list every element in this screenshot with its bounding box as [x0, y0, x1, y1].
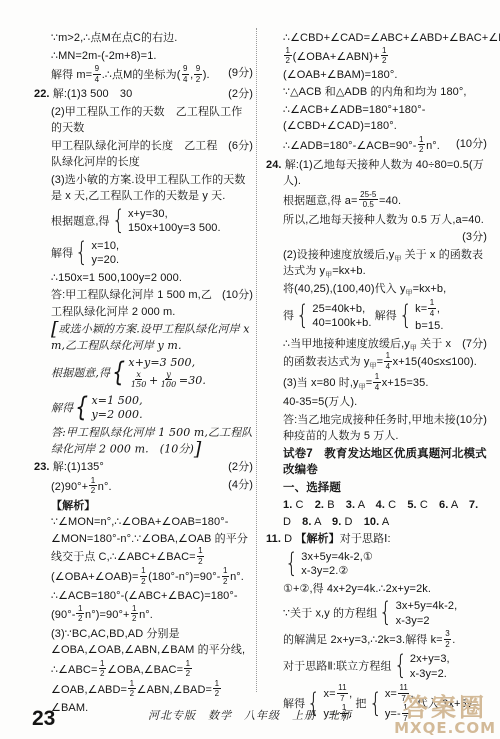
fraction-numerator: 1	[284, 46, 292, 57]
fraction-denominator: 4	[384, 362, 392, 372]
text-span: n°)=90°+	[85, 608, 129, 620]
fraction-denominator: 2	[99, 669, 107, 679]
fraction-numerator: 1	[76, 604, 84, 615]
equation-system: {x+y=3 500,x150+y100=30.	[110, 356, 206, 391]
watermark: 答案圈 MXQE.COM	[394, 695, 496, 737]
fraction-numerator: 11	[398, 683, 410, 694]
fraction-numerator: 9	[182, 64, 190, 75]
text-span: =30.	[179, 374, 206, 389]
text-line: 根据题意,得 a=25-50.5=40.	[283, 191, 487, 211]
text-span: (∠OAB+∠BAM)=180°.	[283, 69, 397, 81]
text-line: [或选小颖的方案.设甲工程队绿化河岸 x m,乙工程队绿化河岸 y m.	[51, 321, 253, 354]
text-span: ∵m>2,∴点M在点C的右边.	[51, 32, 177, 44]
fraction-denominator: 4	[182, 75, 190, 85]
text-span: D	[284, 533, 295, 545]
system-row: 3x+5y=4k-2,	[396, 599, 458, 614]
system-row: 150x+100y=3 500.	[128, 221, 221, 236]
fraction-numerator: 25-5	[359, 190, 378, 201]
sub-script: 甲	[369, 363, 376, 370]
section-heading: 试卷7 教育发达地区优质真题河北模式改编卷	[283, 446, 487, 479]
fraction-denominator: 7	[339, 694, 347, 704]
text-span: 根据题意,得	[51, 215, 110, 227]
text-span: ,	[437, 302, 440, 317]
system-rows: x=1 500,y=2 000.	[91, 394, 142, 423]
fraction-denominator: 2	[140, 577, 148, 587]
text-span: ∴∠ADB=180°-∠ACB=90°-	[283, 139, 417, 151]
subscripted-var: y甲	[389, 249, 402, 261]
fraction-numerator: 1	[213, 679, 221, 690]
fraction-numerator: 1	[197, 546, 205, 557]
text-line: 解得{x=1 500,y=2 000.	[51, 393, 253, 424]
section-heading: 一、选择题	[283, 480, 487, 497]
fraction: 117	[337, 683, 349, 703]
bold-text: 8.	[302, 516, 311, 528]
text-span: C	[292, 499, 314, 511]
system-row: x=1 500,	[91, 394, 142, 409]
text-line: (3)当 x=80 时,y甲=14x+15=35.	[283, 373, 487, 393]
problem-number: 24.	[266, 159, 285, 171]
system-row: b=15.	[415, 319, 443, 334]
text-line: (6分)甲工程队绿化河岸的长度 乙工程队绿化河岸的长度	[51, 138, 253, 171]
text-span: A	[355, 499, 375, 511]
sub-script: 甲	[406, 290, 413, 297]
fraction: 12	[128, 679, 136, 699]
numbered-solution-line: 11. D 【解析】对于思路Ⅰ:	[283, 531, 487, 548]
system-row: x=10,	[91, 239, 119, 254]
fraction-numerator: 9	[194, 64, 202, 75]
text-span: A	[379, 516, 389, 528]
text-line: 所以,乙地每天接种人数为 0.5 万人,a=40.	[283, 212, 487, 229]
text-line: ∵关于 x,y 的方程组{3x+5y=4k-2,x-3y=2	[283, 598, 487, 629]
watermark-logo-text: 答案圈	[394, 695, 496, 721]
score-label: (7分)	[462, 336, 487, 353]
fraction: 25-50.5	[359, 190, 378, 210]
text-span: 将(40,25),(100,40)代入	[283, 283, 400, 295]
system-row: x+y=3 500,	[128, 356, 206, 371]
text-span: ,	[190, 69, 193, 81]
text-line: (2)设接种速度放缓后,y甲 关于 x 的函数表达式为 y甲=kx+b.	[283, 247, 487, 280]
system-rows: k=14,b=15.	[415, 299, 443, 334]
text-span: 40=100k+b.	[312, 316, 371, 331]
equation-system: {3x+5y=4k-2,x-3y=2	[377, 599, 457, 628]
text-span: 对于思路Ⅱ:联立方程组	[283, 660, 392, 672]
text-span: x-3y=2	[396, 614, 430, 629]
fraction-denominator: 2	[284, 56, 292, 66]
text-span: n°.	[98, 480, 112, 492]
system-rows: 25=40k+b,40=100k+b.	[312, 302, 371, 331]
bold-text: 6.	[439, 499, 448, 511]
text-span: x+15(40≤x≤100).	[393, 356, 477, 368]
text-span: =40.	[379, 194, 401, 206]
fraction: 12	[131, 604, 139, 624]
text-line: 的解满足 2x+y=3,∴2k=3.解得 k=32.	[283, 630, 487, 650]
text-span: C	[385, 499, 407, 511]
text-span: 得	[283, 310, 294, 322]
bold-text: 7.	[469, 499, 478, 511]
text-span: 根据题意,得 a=	[283, 194, 358, 206]
system-rows: x=10,y=20.	[91, 239, 119, 268]
problem-number: 11.	[266, 533, 284, 545]
fraction: 32	[444, 629, 452, 649]
fraction: 14	[384, 351, 392, 371]
equation-system: {25=40k+b,40=100k+b.	[294, 302, 371, 331]
bold-text: 【解析】	[51, 500, 95, 512]
text-span: 对于思路Ⅰ:	[340, 533, 391, 545]
score-label: (3分)	[462, 229, 487, 246]
right-column: ∴∠CBD+∠CAD=∠ABC+∠ABD+∠BAC+∠BAD=12(∠OBA+∠…	[266, 30, 487, 726]
fraction: 12	[222, 566, 230, 586]
fraction: 12	[140, 566, 148, 586]
system-rows: x+y=3 500,x150+y100=30.	[128, 356, 206, 391]
fraction: 12	[284, 46, 292, 66]
text-line: 答:甲工程队绿化河岸 1 500 m,乙工程队绿化河岸 2 000 m. (10…	[51, 425, 253, 458]
system-row: 25=40k+b,	[312, 302, 371, 317]
bold-text: 1.	[283, 499, 292, 511]
text-span: x-3y=2.②	[301, 564, 348, 579]
text-span: .∴点M的坐标为(	[102, 69, 181, 81]
text-span: (∠OBA+∠OAB)=	[51, 571, 139, 583]
text-span: 试卷7 教育发达地区优质真题河北模式改编卷	[283, 448, 487, 477]
text-line: (10分)答:甲工程队绿化河岸 1 500 m,乙工程队绿化河岸 2 000 m…	[51, 287, 253, 320]
text-line: 1. C 2. B 3. A 4. C 5. C 6. A 7. D 8. A …	[283, 497, 487, 530]
fraction-denominator: 2	[194, 75, 202, 85]
system-row: 3x+5y=4k-2,①	[301, 550, 373, 565]
text-line: (3分)	[283, 229, 487, 246]
text-span: b=15.	[415, 319, 443, 334]
text-span: (180°-n°)=90°-	[148, 571, 220, 583]
text-span: x+15=35.	[382, 377, 429, 389]
brace-icon: {	[399, 304, 412, 328]
text-span: 或选小颖的方案.设甲工程队绿化河岸 x m,乙工程队绿化河岸 y m.	[51, 322, 250, 352]
fraction: 94	[93, 64, 101, 84]
equation-system: {k=14,b=15.	[397, 299, 444, 334]
fraction: 14	[428, 298, 436, 318]
text-line: ∵△ACB 和△ADB 的内角和均为 180°,	[283, 84, 487, 101]
fraction-numerator: 1	[428, 298, 436, 309]
text-span: =kx+b.	[332, 265, 366, 277]
text-span: (3)当 x=80 时,	[283, 377, 353, 389]
text-span: n°.	[139, 608, 153, 620]
brace-icon: {	[112, 361, 125, 385]
text-span: (∠OBA+∠ABN)+	[293, 50, 380, 62]
text-line: (2)甲工程队工作的天数 乙工程队工作的天数	[51, 104, 253, 137]
problem-number: 22.	[34, 88, 53, 100]
text-span: 所以,乙地每天接种人数为 0.5 万人,a=40.	[283, 214, 484, 226]
text-span: C	[417, 499, 439, 511]
score-label: (4分)	[228, 477, 253, 494]
text-span: n°.	[230, 571, 244, 583]
system-row: x+y=30,	[128, 207, 221, 222]
text-span: 150x+100y=3 500.	[128, 221, 221, 236]
text-span: A	[448, 499, 468, 511]
text-span: 2x+y=3,	[410, 652, 450, 667]
fraction: 12	[213, 679, 221, 699]
text-line: 将(40,25),(100,40)代入 y甲=kx+b,	[283, 281, 487, 298]
text-span: ∵关于 x,y 的方程组	[283, 607, 377, 619]
fraction-numerator: 3	[444, 629, 452, 640]
text-span: (3)选小敏的方案.设甲工程队工作的天数是 x 天,乙工程队工作的天数是 y 天…	[51, 174, 246, 203]
text-span: n°.	[426, 139, 440, 151]
text-span: k=	[415, 302, 427, 317]
numbered-solution-line: (2分)22. 解:(1)3 500 30	[51, 86, 253, 103]
fraction-denominator: 2	[197, 557, 205, 567]
fraction: 12	[418, 135, 426, 155]
fraction-numerator: 1	[373, 372, 381, 383]
brace-icon: {	[112, 209, 125, 233]
text-line: (10分)答:当乙地完成接种任务时,甲地未接种疫苗的人数为 5 万人.	[283, 412, 487, 445]
score-label: (10分)	[456, 412, 487, 429]
fraction-numerator: 11	[337, 683, 349, 694]
text-span: D	[283, 516, 302, 528]
text-line: ①+②,得 4x+2y=4k.∴2x+y=2k.	[283, 581, 487, 598]
text-line: {3x+5y=4k-2,①x-3y=2.②	[283, 549, 487, 580]
system-rows: 3x+5y=4k-2,x-3y=2	[396, 599, 458, 628]
text-span: 解:(1)3 500 30	[53, 88, 133, 100]
fraction-numerator: y	[165, 370, 173, 381]
fraction-denominator: 2	[222, 577, 230, 587]
bold-text: 4.	[376, 499, 385, 511]
text-span: ∴∠ACB+∠ADB=180°+180°-(∠CBD+∠CAD)=180°.	[283, 104, 426, 133]
fraction: 14	[373, 372, 381, 392]
fraction-numerator: 1	[89, 476, 97, 487]
text-span: =	[377, 356, 384, 368]
brace-icon: {	[75, 241, 88, 265]
problem-number: 23.	[34, 461, 53, 473]
bold-text: 2.	[315, 499, 324, 511]
text-line: 解得{x=10,y=20.	[51, 238, 253, 269]
fraction-numerator: 1	[140, 566, 148, 577]
brace-icon: {	[296, 304, 309, 328]
score-label: (2分)	[228, 86, 253, 103]
text-span: ∴MN=2m-(-2m+8)=1.	[51, 50, 157, 62]
text-line: ∴150x=1 500,100y=2 000.	[51, 270, 253, 287]
fraction-numerator: 1	[222, 566, 230, 577]
text-span: 解得	[51, 401, 73, 414]
text-line: 得{25=40k+b,40=100k+b. 解得{k=14,b=15.	[283, 298, 487, 335]
fraction: 12	[99, 659, 107, 679]
subscripted-var: y甲	[400, 283, 413, 295]
text-span: x=10,	[91, 239, 119, 254]
fraction: 12	[76, 604, 84, 624]
brace-icon: {	[380, 601, 393, 625]
text-span: 3x+5y=4k-2,	[396, 599, 458, 614]
text-span: (2)90°+	[51, 480, 88, 492]
text-span: =kx+b,	[413, 283, 447, 295]
text-span: 解得 m=	[51, 69, 92, 81]
text-span: (2)甲工程队工作的天数 乙工程队工作的天数	[51, 106, 242, 135]
bold-text: 9.	[332, 516, 341, 528]
fraction-numerator: 1	[418, 135, 426, 146]
fraction-numerator: 1	[384, 351, 392, 362]
text-span: 一、选择题	[283, 482, 341, 494]
text-span: 甲工程队绿化河岸的长度 乙工程队绿化河岸的长度	[51, 140, 218, 169]
system-row: 2x+y=3,	[410, 652, 450, 667]
fraction-denominator: 2	[444, 640, 452, 650]
answer-page: ∵m>2,∴点M在点C的右边.∴MN=2m-(-2m+8)=1.(9分)解得 m…	[0, 0, 500, 739]
fraction-denominator: 100	[159, 380, 178, 390]
brace-icon: {	[394, 654, 407, 678]
fraction-denominator: 0.5	[361, 200, 375, 210]
numbered-solution-line: 24. 解:(1)乙地每天接种人数为 40÷80=0.5(万人).	[283, 157, 487, 190]
score-label: (9分)	[228, 65, 253, 82]
fraction-numerator: 1	[131, 604, 139, 615]
bold-text: 3.	[346, 499, 355, 511]
text-span: (3)∵BC,AC,BD,AD 分别是∠OBA,∠OAB,∠ABN,∠BAM 的…	[51, 628, 245, 657]
text-span: B	[324, 499, 346, 511]
text-span: x=1 500,	[91, 394, 142, 409]
score-label: (10分)	[456, 136, 487, 153]
fraction-denominator: 4	[93, 75, 101, 85]
text-line: 根据题意,得{x+y=3 500,x150+y100=30.	[51, 355, 253, 392]
text-span: 40-35=5(万人).	[283, 396, 357, 408]
fraction: 12	[197, 546, 205, 566]
fraction-numerator: x	[135, 370, 143, 381]
text-span: ∠OBA,∠BAC=	[107, 663, 183, 675]
fraction-denominator: 2	[381, 56, 389, 66]
fraction: 12	[381, 46, 389, 66]
text-span: ∴∠CBD+∠CAD=∠ABC+∠ABD+∠BAC+∠BAD=	[283, 32, 500, 44]
text-span: 3x+5y=4k-2,①	[301, 550, 373, 565]
text-line: (3)∵BC,AC,BD,AD 分别是∠OBA,∠OAB,∠ABN,∠BAM 的…	[51, 626, 253, 659]
column-divider	[256, 28, 257, 692]
subscripted-var: y甲	[319, 265, 332, 277]
big-bracket-icon: ]	[194, 438, 202, 460]
system-row: k=14,	[415, 299, 443, 319]
text-line: (4分)(2)90°+12n°.	[51, 477, 253, 497]
text-line: 40-35=5(万人).	[283, 394, 487, 411]
text-line: ∴∠CBD+∠CAD=∠ABC+∠ABD+∠BAC+∠BAD=12(∠OBA+∠…	[283, 30, 487, 83]
equation-system: {x=1 500,y=2 000.	[73, 394, 143, 423]
fraction: 92	[194, 64, 202, 84]
text-span: y=2 000.	[91, 408, 142, 423]
subscripted-var: y甲	[364, 356, 377, 368]
text-line: ∵m>2,∴点M在点C的右边.	[51, 30, 253, 47]
system-row: y=20.	[91, 253, 119, 268]
text-span: 解:(1)135°	[53, 461, 104, 473]
score-label: (2分)	[228, 459, 253, 476]
fraction-denominator: 2	[184, 669, 192, 679]
brace-icon: {	[285, 552, 298, 576]
text-span: x+y=3 500,	[128, 356, 195, 371]
text-span: ①+②,得 4x+2y=4k.∴2x+y=2k.	[283, 583, 431, 595]
fraction-numerator: 1	[99, 659, 107, 670]
text-line: ∴∠ACB=180°-(∠ABC+∠BAC)=180°-(90°-12n°)=9…	[51, 588, 253, 625]
text-span: 根据题意,得	[51, 367, 110, 380]
fraction-numerator: 1	[381, 46, 389, 57]
system-rows: 2x+y=3,x-3y=2.	[410, 652, 450, 681]
fraction-denominator: 4	[428, 309, 436, 319]
system-row: x-3y=2.	[410, 667, 450, 682]
text-span: 的解满足 2x+y=3,∴2k=3.解得 k=	[283, 634, 443, 646]
text-line: (3)选小敏的方案.设甲工程队工作的天数是 x 天,乙工程队工作的天数是 y 天…	[51, 172, 253, 205]
fraction-numerator: 9	[93, 64, 101, 75]
fraction-denominator: 2	[76, 614, 84, 624]
system-rows: 3x+5y=4k-2,①x-3y=2.②	[301, 550, 373, 579]
text-span: 解得	[372, 310, 397, 322]
score-label: (6分)	[228, 138, 253, 155]
fraction-numerator: 1	[184, 659, 192, 670]
left-column: ∵m>2,∴点M在点C的右边.∴MN=2m-(-2m+8)=1.(9分)解得 m…	[34, 30, 253, 717]
text-span: 答:甲工程队绿化河岸 1 500 m,乙工程队绿化河岸 2 000 m.	[51, 289, 212, 318]
text-span: x+y=30,	[128, 207, 168, 222]
sub-script: 甲	[359, 384, 366, 391]
text-line: (10分)∴∠ADB=180°-∠ACB=90°-12n°.	[283, 136, 487, 156]
sub-script: 甲	[410, 345, 417, 352]
equation-system: {3x+5y=4k-2,①x-3y=2.②	[283, 550, 373, 579]
system-rows: x+y=30,150x+100y=3 500.	[128, 207, 221, 236]
big-bracket-icon: [	[51, 318, 59, 340]
system-row: 40=100k+b.	[312, 316, 371, 331]
text-span: x=	[323, 687, 335, 702]
text-span: A	[312, 516, 332, 528]
text-span: (2)设接种速度放缓后,	[283, 249, 389, 261]
text-line: (9分)解得 m=94.∴点M的坐标为(94,92).	[51, 65, 253, 85]
fraction-denominator: 2	[128, 689, 136, 699]
score-label: (10分)	[222, 287, 253, 304]
text-span: ∴当甲地接种速度放缓后,	[283, 338, 404, 350]
text-span: D	[341, 516, 363, 528]
text-line: 对于思路Ⅱ:联立方程组{2x+y=3,x-3y=2.	[283, 651, 487, 682]
fraction: 12	[184, 659, 192, 679]
text-span: x-3y=2.	[410, 667, 447, 682]
equation-system: {2x+y=3,x-3y=2.	[392, 652, 450, 681]
system-row: x-3y=2	[396, 614, 458, 629]
fraction-denominator: 2	[418, 145, 426, 155]
bold-text: 10.	[364, 516, 380, 528]
fraction-denominator: 4	[373, 383, 381, 393]
text-span: 解得	[51, 247, 73, 259]
equation-system: {x=10,y=20.	[73, 239, 119, 268]
text-span: ∠OAB,∠ABD=	[51, 683, 127, 695]
text-span: ∵∠MON=n°,∴∠OBA+∠OAB=180°-∠MON=180°-n°.∵∠…	[51, 516, 248, 563]
text-span: 答:当乙地完成接种任务时,甲地未接种疫苗的人数为 5 万人.	[283, 414, 456, 443]
fraction-denominator: 2	[213, 689, 221, 699]
text-span: =	[366, 377, 373, 389]
subscripted-var: y甲	[404, 338, 417, 350]
system-row: x150+y100=30.	[128, 371, 206, 391]
text-line: ∴MN=2m-(-2m+8)=1.	[51, 48, 253, 65]
text-span: ∴∠ABC=	[51, 663, 98, 675]
text-span: +	[149, 374, 158, 389]
text-span: 答:甲工程队绿化河岸 1 500 m,乙工程队绿化河岸 2 000 m. (10…	[51, 426, 252, 456]
text-line: 根据题意,得{x+y=30,150x+100y=3 500.	[51, 206, 253, 237]
bold-text: 【解析】	[295, 533, 339, 545]
text-line: (7分)∴当甲地接种速度放缓后,y甲 关于 x 的函数表达式为 y甲=14x+1…	[283, 336, 487, 373]
fraction: y100	[159, 370, 178, 390]
fraction-denominator: 2	[89, 486, 97, 496]
watermark-domain-text: MXQE.COM	[394, 721, 496, 737]
fraction: x150	[129, 370, 148, 390]
equation-system: {x+y=30,150x+100y=3 500.	[110, 207, 221, 236]
fraction-denominator: 150	[129, 380, 148, 390]
text-span: ∴150x=1 500,100y=2 000.	[51, 272, 182, 284]
text-span: 25=40k+b,	[312, 302, 365, 317]
system-row: y=2 000.	[91, 408, 142, 423]
text-span: ∵△ACB 和△ADB 的内角和均为 180°,	[283, 86, 467, 98]
fraction-denominator: 2	[131, 614, 139, 624]
text-span: ).	[203, 69, 210, 81]
fraction-numerator: 1	[128, 679, 136, 690]
text-line: 【解析】∵∠MON=n°,∴∠OBA+∠OAB=180°-∠MON=180°-n…	[51, 498, 253, 588]
text-span: 解:(1)乙地每天接种人数为 40÷80=0.5(万人).	[283, 159, 484, 188]
text-span: y=20.	[91, 253, 119, 268]
numbered-solution-line: (2分)23. 解:(1)135°	[51, 459, 253, 476]
system-row: x=117,	[323, 684, 352, 704]
subscripted-var: y甲	[353, 377, 366, 389]
text-span: ∠ABN,∠BAD=	[137, 683, 212, 695]
brace-icon: {	[75, 396, 88, 420]
text-line: ∴∠ACB+∠ADB=180°+180°-(∠CBD+∠CAD)=180°.	[283, 102, 487, 135]
